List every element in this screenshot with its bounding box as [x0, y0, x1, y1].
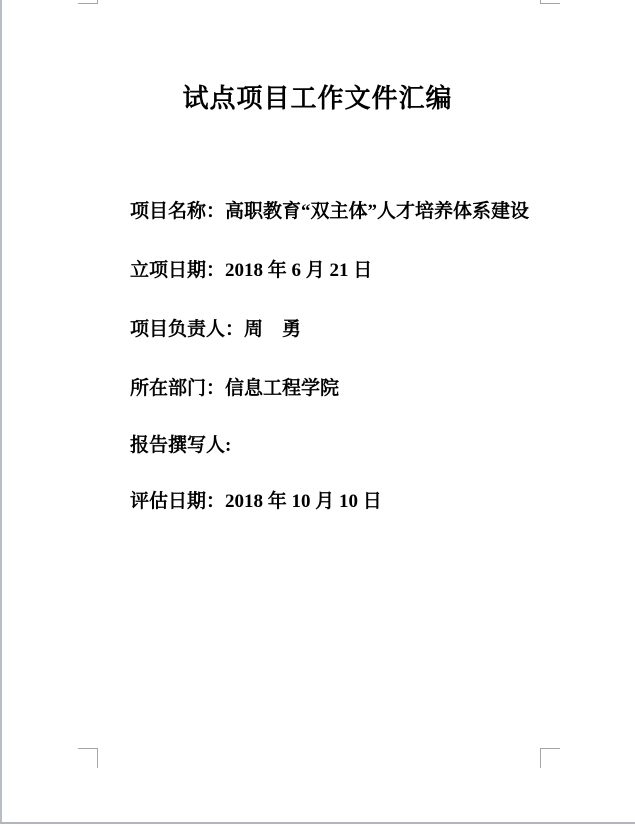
field-value: 周 勇 — [244, 319, 301, 340]
field-label: 立项日期： — [130, 260, 225, 281]
field-value: 2018 年 6 月 21 日 — [225, 260, 372, 281]
document-title: 试点项目工作文件汇编 — [0, 78, 635, 115]
field-report-writer: 报告撰写人: — [130, 436, 231, 455]
field-approval-date: 立项日期：2018 年 6 月 21 日 — [130, 261, 372, 280]
document-page: 试点项目工作文件汇编 项目名称：高职教育“双主体”人才培养体系建设 立项日期：2… — [0, 0, 635, 826]
field-label: 所在部门： — [130, 378, 225, 399]
crop-mark-top-left — [78, 0, 98, 4]
field-value: 2018 年 10 月 10 日 — [225, 491, 382, 512]
field-label: 评估日期： — [130, 491, 225, 512]
page-left-edge-line — [0, 0, 2, 823]
field-value: 信息工程学院 — [225, 378, 339, 399]
field-label: 报告撰写人: — [130, 435, 231, 456]
page-bottom-edge-line — [0, 822, 635, 824]
crop-mark-bottom-left — [78, 748, 98, 768]
field-evaluation-date: 评估日期：2018 年 10 月 10 日 — [130, 492, 382, 511]
crop-mark-top-right — [540, 0, 560, 4]
field-value: 高职教育“双主体”人才培养体系建设 — [225, 201, 529, 222]
field-project-name: 项目名称：高职教育“双主体”人才培养体系建设 — [130, 202, 529, 221]
field-label: 项目名称： — [130, 201, 225, 222]
field-department: 所在部门：信息工程学院 — [130, 379, 339, 398]
field-project-leader: 项目负责人：周 勇 — [130, 320, 301, 339]
crop-mark-bottom-right — [540, 748, 560, 768]
field-label: 项目负责人： — [130, 319, 244, 340]
